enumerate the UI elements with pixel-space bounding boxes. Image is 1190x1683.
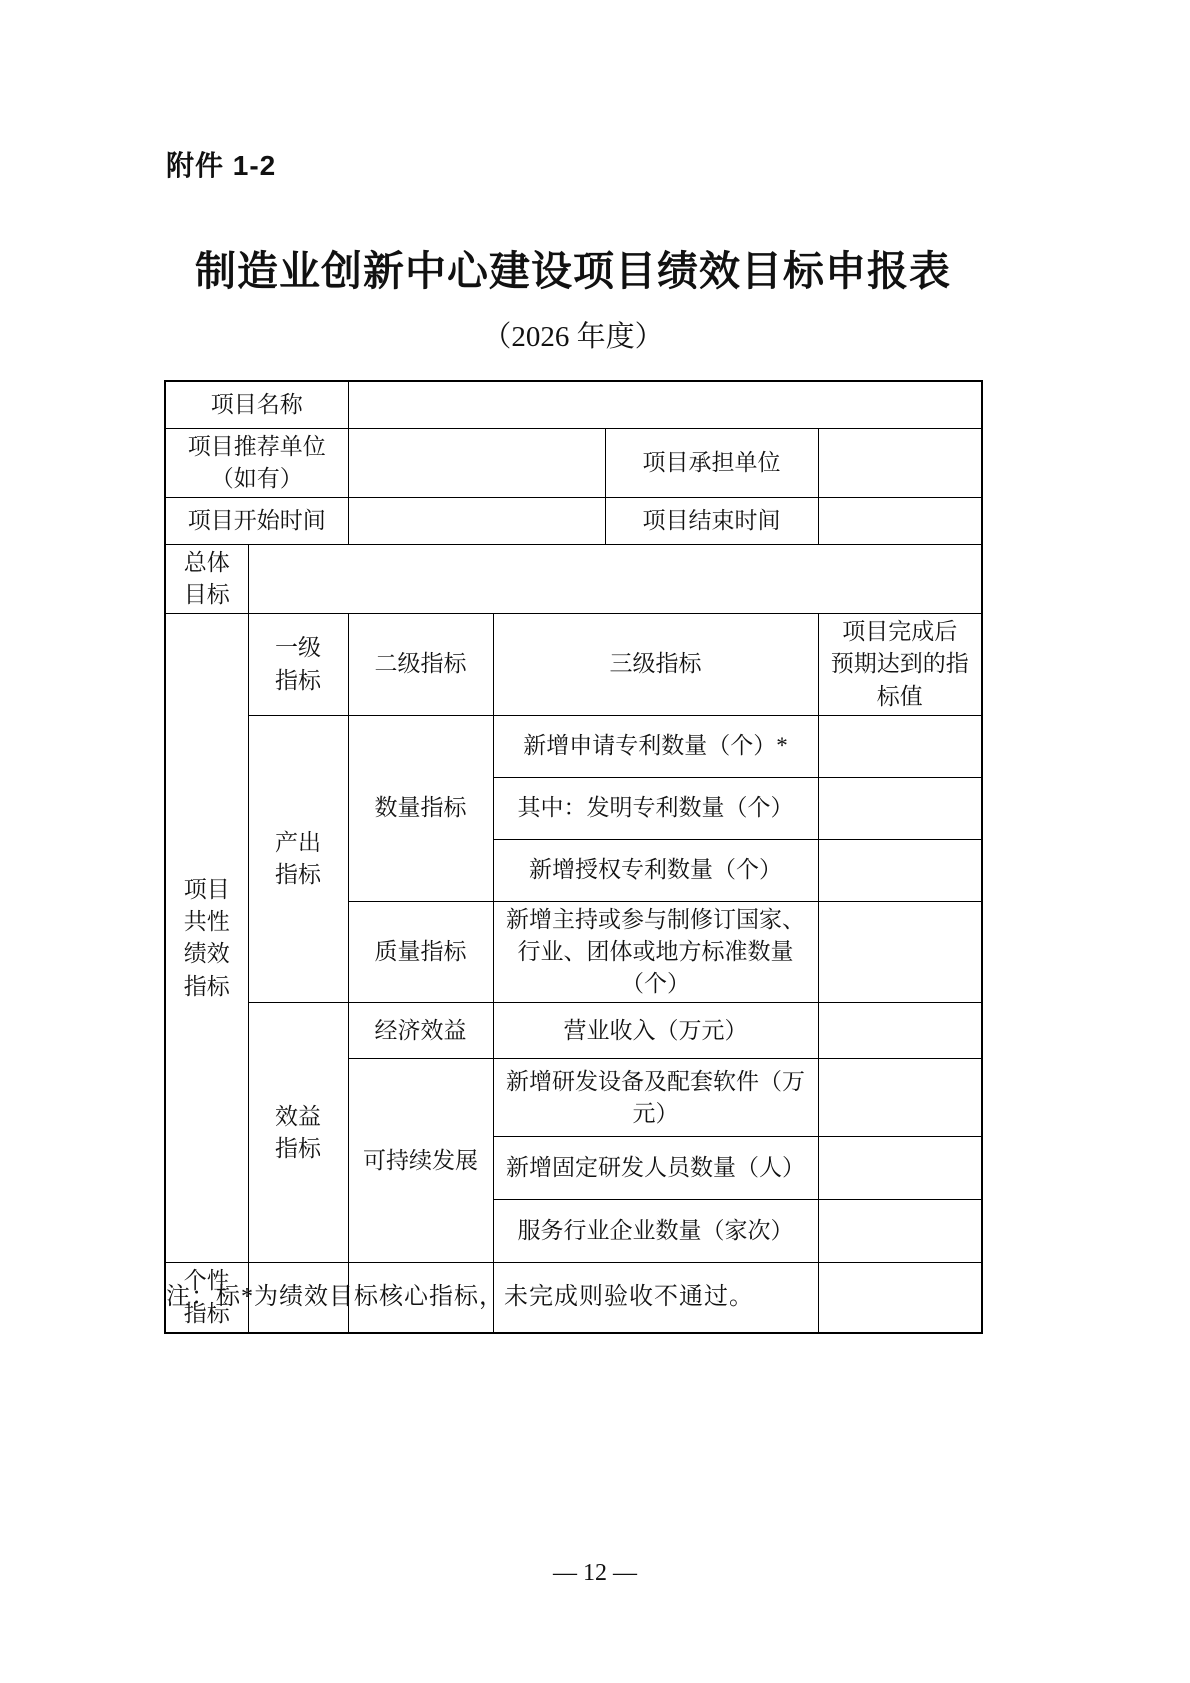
level1-output-label: 产出 指标: [248, 715, 348, 1003]
level2-economic-label: 经济效益: [348, 1003, 493, 1059]
common-indicator-group-label: 项目 共性 绩效 指标: [165, 614, 248, 1263]
level3-rd-staff: 新增固定研发人员数量（人）: [493, 1137, 818, 1200]
start-time-label: 项目开始时间: [165, 497, 348, 544]
header-expected-value: 项目完成后 预期达到的指标值: [818, 614, 982, 716]
row-units: 项目推荐单位 （如有） 项目承担单位: [165, 428, 982, 497]
project-name-value: [348, 381, 982, 428]
level1-benefit-label: 效益 指标: [248, 1003, 348, 1263]
header-level3: 三级指标: [493, 614, 818, 716]
level3-invention-patents: 其中：发明专利数量（个）: [493, 777, 818, 839]
level3-standards: 新增主持或参与制修订国家、行业、团体或地方标准数量（个）: [493, 901, 818, 1003]
undertake-unit-value: [818, 428, 982, 497]
page-title: 制造业创新中心建设项目绩效目标申报表: [150, 238, 996, 297]
level2-quantity-label: 数量指标: [348, 715, 493, 901]
page-subtitle: （2026 年度）: [150, 314, 996, 355]
page-number: — 12 —: [0, 1560, 1190, 1587]
row-times: 项目开始时间 项目结束时间: [165, 497, 982, 544]
overall-goal-label: 总体 目标: [165, 544, 248, 613]
level3-rd-equipment: 新增研发设备及配套软件（万元）: [493, 1059, 818, 1137]
overall-goal-value: [248, 544, 982, 613]
application-form-table: 项目名称 项目推荐单位 （如有） 项目承担单位 项目开始时间 项目结束时间 总体…: [164, 380, 983, 1334]
value-rd-staff: [818, 1137, 982, 1200]
table-row: 产出 指标 数量指标 新增申请专利数量（个）*: [165, 715, 982, 777]
personal-expected-value: [818, 1263, 982, 1333]
row-overall-goal: 总体 目标: [165, 544, 982, 613]
level2-sustainable-label: 可持续发展: [348, 1059, 493, 1263]
table-row: 效益 指标 经济效益 营业收入（万元）: [165, 1003, 982, 1059]
value-served-enterprises: [818, 1200, 982, 1263]
header-level2: 二级指标: [348, 614, 493, 716]
value-standards: [818, 901, 982, 1003]
end-time-value: [818, 497, 982, 544]
value-revenue: [818, 1003, 982, 1059]
value-new-patent-applications: [818, 715, 982, 777]
level3-revenue: 营业收入（万元）: [493, 1003, 818, 1059]
level3-served-enterprises: 服务行业企业数量（家次）: [493, 1200, 818, 1263]
row-indicator-header: 项目 共性 绩效 指标 一级 指标 二级指标 三级指标 项目完成后 预期达到的指…: [165, 614, 982, 716]
header-level1: 一级 指标: [248, 614, 348, 716]
row-project-name: 项目名称: [165, 381, 982, 428]
level2-quality-label: 质量指标: [348, 901, 493, 1003]
level3-granted-patents: 新增授权专利数量（个）: [493, 839, 818, 901]
value-invention-patents: [818, 777, 982, 839]
project-name-label: 项目名称: [165, 381, 348, 428]
start-time-value: [348, 497, 605, 544]
attachment-label: 附件 1-2: [166, 144, 276, 184]
recommend-unit-value: [348, 428, 605, 497]
value-granted-patents: [818, 839, 982, 901]
footnote: 注：标*为绩效目标核心指标，未完成则验收不通过。: [166, 1276, 754, 1311]
value-rd-equipment: [818, 1059, 982, 1137]
undertake-unit-label: 项目承担单位: [605, 428, 818, 497]
end-time-label: 项目结束时间: [605, 497, 818, 544]
recommend-unit-label: 项目推荐单位 （如有）: [165, 428, 348, 497]
document-page: 附件 1-2 制造业创新中心建设项目绩效目标申报表 （2026 年度） 项目名称…: [0, 0, 1190, 1683]
level3-new-patent-applications: 新增申请专利数量（个）*: [493, 715, 818, 777]
